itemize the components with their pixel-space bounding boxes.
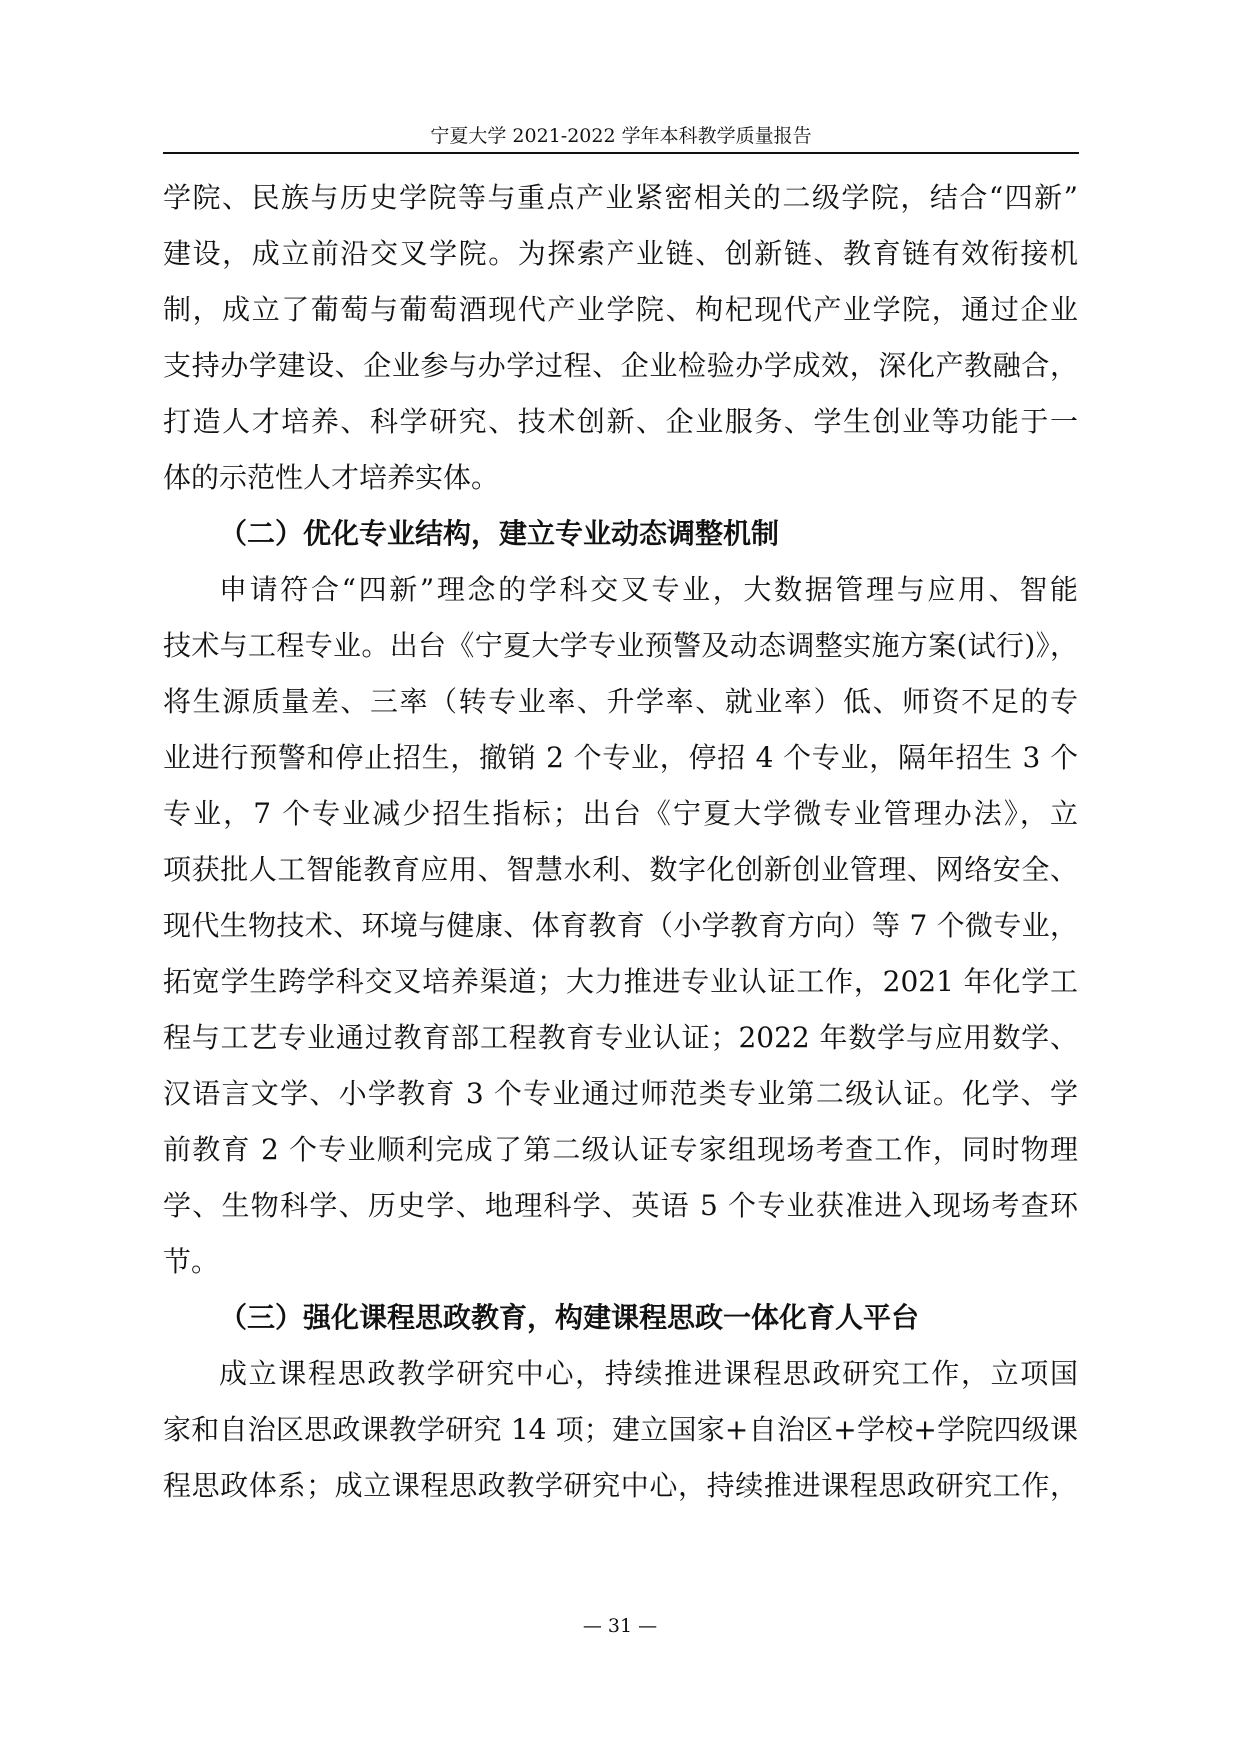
paragraph-line: 业进行预警和停止招生，撤销 2 个专业，停招 4 个专业，隔年招生 3 个 xyxy=(163,740,1078,776)
section-heading-2: （二）优化专业结构，建立专业动态调整机制 xyxy=(219,516,779,552)
section-heading-3: （三）强化课程思政教育，构建课程思政一体化育人平台 xyxy=(219,1300,919,1336)
paragraph-line: 技术与工程专业。出台《宁夏大学专业预警及动态调整实施方案(试行)》， xyxy=(163,628,1078,664)
paragraph-line: 程思政体系；成立课程思政教学研究中心，持续推进课程思政研究工作， xyxy=(163,1468,1078,1504)
paragraph-line: 学院、民族与历史学院等与重点产业紧密相关的二级学院，结合“四新” xyxy=(163,180,1078,216)
paragraph-line: 打造人才培养、科学研究、技术创新、企业服务、学生创业等功能于一 xyxy=(163,404,1078,440)
paragraph-line: 成立课程思政教学研究中心，持续推进课程思政研究工作，立项国 xyxy=(219,1356,1078,1392)
paragraph-line: 拓宽学生跨学科交叉培养渠道；大力推进专业认证工作，2021 年化学工 xyxy=(163,964,1078,1000)
page-number: — 31 — xyxy=(0,1614,1240,1638)
paragraph-line: 申请符合“四新”理念的学科交叉专业，大数据管理与应用、智能 xyxy=(219,572,1078,608)
header-rule xyxy=(163,152,1079,154)
paragraph-line: 专业，7 个专业减少招生指标；出台《宁夏大学微专业管理办法》，立 xyxy=(163,796,1078,832)
paragraph-line: 家和自治区思政课教学研究 14 项；建立国家+自治区+学校+学院四级课 xyxy=(163,1412,1078,1448)
paragraph-line: 汉语言文学、小学教育 3 个专业通过师范类专业第二级认证。化学、学 xyxy=(163,1076,1078,1112)
paragraph-line: 前教育 2 个专业顺利完成了第二级认证专家组现场考查工作，同时物理 xyxy=(163,1132,1078,1168)
paragraph-line: 支持办学建设、企业参与办学过程、企业检验办学成效，深化产教融合， xyxy=(163,348,1078,384)
paragraph-line: 学、生物科学、历史学、地理科学、英语 5 个专业获准进入现场考查环 xyxy=(163,1188,1078,1224)
paragraph-line: 节。 xyxy=(163,1244,1078,1280)
paragraph-line: 建设，成立前沿交叉学院。为探索产业链、创新链、教育链有效衔接机 xyxy=(163,236,1078,272)
paragraph-line: 制，成立了葡萄与葡萄酒现代产业学院、枸杞现代产业学院，通过企业 xyxy=(163,292,1078,328)
paragraph-line: 体的示范性人才培养实体。 xyxy=(163,460,1078,496)
paragraph-line: 将生源质量差、三率（转专业率、升学率、就业率）低、师资不足的专 xyxy=(163,684,1078,720)
paragraph-line: 程与工艺专业通过教育部工程教育专业认证；2022 年数学与应用数学、 xyxy=(163,1020,1078,1056)
paragraph-line: 现代生物技术、环境与健康、体育教育（小学教育方向）等 7 个微专业， xyxy=(163,908,1078,944)
running-header: 宁夏大学 2021-2022 学年本科教学质量报告 xyxy=(163,124,1079,148)
paragraph-line: 项获批人工智能教育应用、智慧水利、数字化创新创业管理、网络安全、 xyxy=(163,852,1078,888)
